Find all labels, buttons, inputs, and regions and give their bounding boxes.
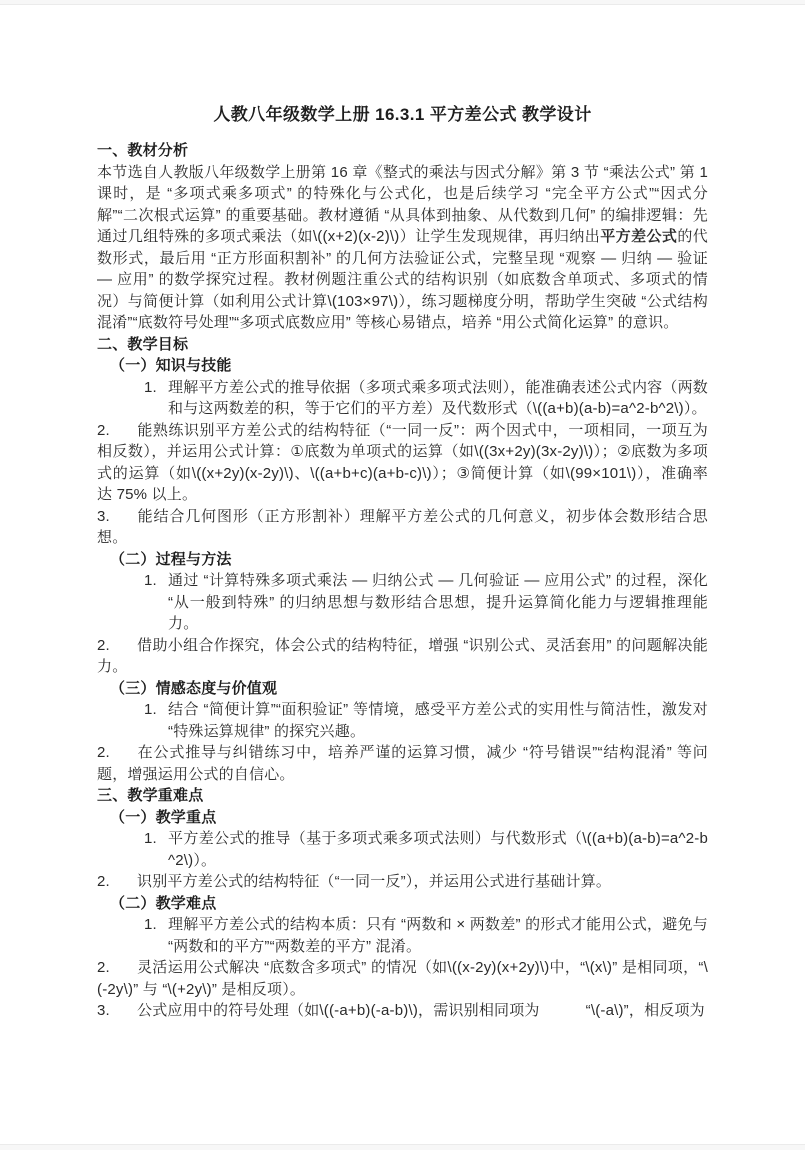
item-number: 2. xyxy=(97,420,137,442)
item-text: 通过 “计算特殊多项式乘法 — 归纳公式 — 几何验证 — 应用公式” 的过程，… xyxy=(168,572,708,632)
subheading-key-points: （一）教学重点 xyxy=(97,807,708,829)
item-number: 1. xyxy=(144,828,157,850)
section-heading-teaching-goals: 二、教学目标 xyxy=(97,334,708,356)
list-item: 2.能熟练识别平方差公式的结构特征（“一同一反”：两个因式中，一项相同，一项互为… xyxy=(97,420,708,506)
list-item: 3.能结合几何图形（正方形割补）理解平方差公式的几何意义，初步体会数形结合思想。 xyxy=(97,506,708,549)
subheading-difficult-points: （二）教学难点 xyxy=(97,893,708,915)
document-page: 人教八年级数学上册 16.3.1 平方差公式 教学设计 一、教材分析 本节选自人… xyxy=(0,0,805,1150)
item-text: 结合 “简便计算”“面积验证” 等情境，感受平方差公式的实用性与简洁性，激发对 … xyxy=(168,701,708,740)
item-text: 能结合几何图形（正方形割补）理解平方差公式的几何意义，初步体会数形结合思想。 xyxy=(97,508,708,547)
material-analysis-paragraph: 本节选自人教版八年级数学上册第 16 章《整式的乘法与因式分解》第 3 节 “乘… xyxy=(97,162,708,334)
item-number: 3. xyxy=(97,1000,137,1022)
list-item: 2.灵活运用公式解决 “底数含多项式” 的情况（如\((x-2y)(x+2y)\… xyxy=(97,957,708,1000)
item-number: 2. xyxy=(97,871,137,893)
item-text: 理解平方差公式的结构本质：只有 “两数和 × 两数差” 的形式才能用公式，避免与… xyxy=(168,916,708,955)
document-body: 人教八年级数学上册 16.3.1 平方差公式 教学设计 一、教材分析 本节选自人… xyxy=(97,103,708,1022)
page-bottom-edge xyxy=(0,1144,805,1150)
item-text: 公式应用中的符号处理（如\((-a+b)(-a-b)\)，需识别相同项为 xyxy=(137,1002,540,1019)
subheading-knowledge-skills: （一）知识与技能 xyxy=(97,355,708,377)
list-item: 1.结合 “简便计算”“面积验证” 等情境，感受平方差公式的实用性与简洁性，激发… xyxy=(97,699,708,742)
list-item: 2.借助小组合作探究，体会公式的结构特征，增强 “识别公式、灵活套用” 的问题解… xyxy=(97,635,708,678)
list-item: 3.公式应用中的符号处理（如\((-a+b)(-a-b)\)，需识别相同项为“\… xyxy=(97,1000,708,1022)
bold-term: 平方差公式 xyxy=(600,228,677,245)
list-item: 1.理解平方差公式的推导依据（多项式乘多项式法则），能准确表述公式内容（两数和与… xyxy=(97,377,708,420)
item-text: “\(-a\)”，相反项为 xyxy=(586,1002,705,1019)
list-item: 2.在公式推导与纠错练习中，培养严谨的运算习惯，减少 “符号错误”“结构混淆” … xyxy=(97,742,708,785)
item-number: 3. xyxy=(97,506,137,528)
item-text: 平方差公式的推导（基于多项式乘多项式法则）与代数形式（\((a+b)(a-b)=… xyxy=(168,830,708,869)
document-title: 人教八年级数学上册 16.3.1 平方差公式 教学设计 xyxy=(97,103,708,127)
list-item: 1.通过 “计算特殊多项式乘法 — 归纳公式 — 几何验证 — 应用公式” 的过… xyxy=(97,570,708,635)
list-item: 1.理解平方差公式的结构本质：只有 “两数和 × 两数差” 的形式才能用公式，避… xyxy=(97,914,708,957)
item-text: 识别平方差公式的结构特征（“一同一反”），并运用公式进行基础计算。 xyxy=(137,873,611,890)
item-text: 借助小组合作探究，体会公式的结构特征，增强 “识别公式、灵活套用” 的问题解决能… xyxy=(97,637,708,676)
list-item: 1.平方差公式的推导（基于多项式乘多项式法则）与代数形式（\((a+b)(a-b… xyxy=(97,828,708,871)
item-text: 灵活运用公式解决 “底数含多项式” 的情况（如\((x-2y)(x+2y)\)中… xyxy=(97,959,708,998)
item-text: 能熟练识别平方差公式的结构特征（“一同一反”：两个因式中，一项相同，一项互为相反… xyxy=(97,422,708,504)
item-number: 2. xyxy=(97,635,137,657)
subheading-emotion-values: （三）情感态度与价值观 xyxy=(97,678,708,700)
item-number: 1. xyxy=(144,377,157,399)
item-text: 理解平方差公式的推导依据（多项式乘多项式法则），能准确表述公式内容（两数和与这两… xyxy=(168,379,708,418)
page-top-edge xyxy=(0,0,805,5)
section-heading-material-analysis: 一、教材分析 xyxy=(97,140,708,162)
item-number: 1. xyxy=(144,699,157,721)
item-number: 2. xyxy=(97,742,137,764)
item-number: 1. xyxy=(144,570,157,592)
item-text: 在公式推导与纠错练习中，培养严谨的运算习惯，减少 “符号错误”“结构混淆” 等问… xyxy=(97,744,708,783)
list-item: 2.识别平方差公式的结构特征（“一同一反”），并运用公式进行基础计算。 xyxy=(97,871,708,893)
item-number: 2. xyxy=(97,957,137,979)
section-heading-key-difficult-points: 三、教学重难点 xyxy=(97,785,708,807)
item-number: 1. xyxy=(144,914,157,936)
subheading-process-methods: （二）过程与方法 xyxy=(97,549,708,571)
